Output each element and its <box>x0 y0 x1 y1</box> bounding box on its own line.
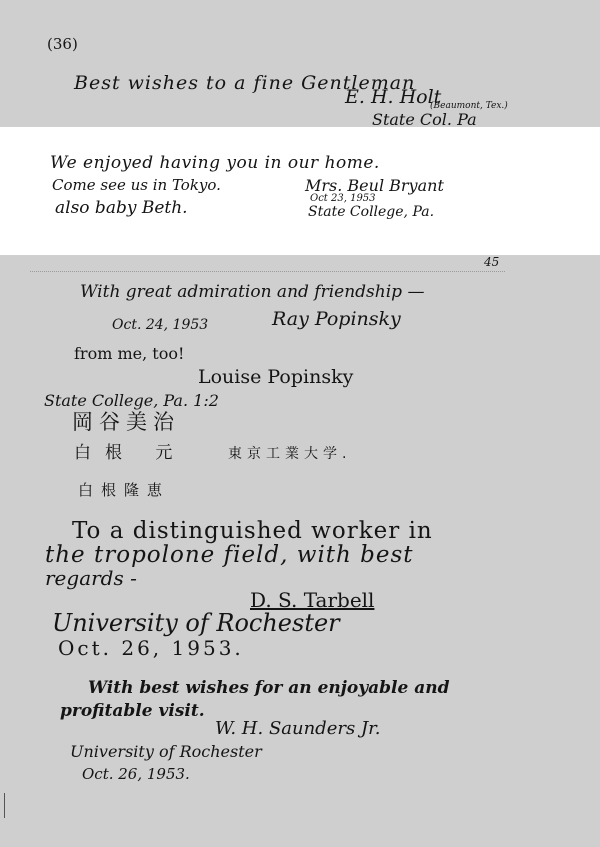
scan-edge-rule <box>30 271 505 272</box>
tarbell-message-line-3: regards - <box>45 568 137 588</box>
japanese-institution: 東京工業大学. <box>228 447 351 461</box>
bryant-date: Oct 23, 1953 <box>310 194 376 204</box>
louise-signature: Louise Popinsky <box>198 368 353 387</box>
saunders-affiliation: University of Rochester <box>70 744 262 760</box>
tarbell-message-line-2: the tropolone field, with best <box>45 544 414 567</box>
holt-signature: E. H. Holt <box>345 88 441 107</box>
tarbell-message-line-1: To a distinguished worker in <box>72 520 433 543</box>
holt-location: State Col. Pa <box>372 112 477 128</box>
japanese-location: State College, Pa. 1:2 <box>44 393 219 409</box>
page-number-top: (36) <box>47 37 78 52</box>
japanese-name-1: 岡谷美治 <box>72 412 180 433</box>
japanese-name-2: 白根 元 <box>74 445 186 462</box>
saunders-message-line-1: With best wishes for an enjoyable and <box>88 680 449 697</box>
bryant-message-line-1: We enjoyed having you in our home. <box>50 155 380 172</box>
saunders-signature: W. H. Saunders Jr. <box>215 720 381 738</box>
saunders-date: Oct. 26, 1953. <box>82 767 190 782</box>
bryant-signature: Mrs. Beul Bryant <box>305 178 444 194</box>
japanese-name-3: 白根隆恵 <box>78 483 170 498</box>
tarbell-affiliation: University of Rochester <box>52 611 340 635</box>
scan-margin-mark <box>4 793 5 818</box>
page-number-mid: 45 <box>484 256 499 268</box>
tarbell-signature: D. S. Tarbell <box>250 590 374 610</box>
tarbell-date: Oct. 26, 1953. <box>58 638 244 658</box>
bryant-message-line-2: Come see us in Tokyo. <box>52 178 221 193</box>
bryant-message-line-3: also baby Beth. <box>55 200 188 217</box>
popinsky-signature: Ray Popinsky <box>272 310 401 329</box>
popinsky-date: Oct. 24, 1953 <box>112 318 208 332</box>
bryant-location: State College, Pa. <box>308 205 434 219</box>
louise-message: from me, too! <box>74 346 184 362</box>
saunders-message-line-2: profitable visit. <box>60 703 205 720</box>
popinsky-message: With great admiration and friendship — <box>80 284 424 301</box>
